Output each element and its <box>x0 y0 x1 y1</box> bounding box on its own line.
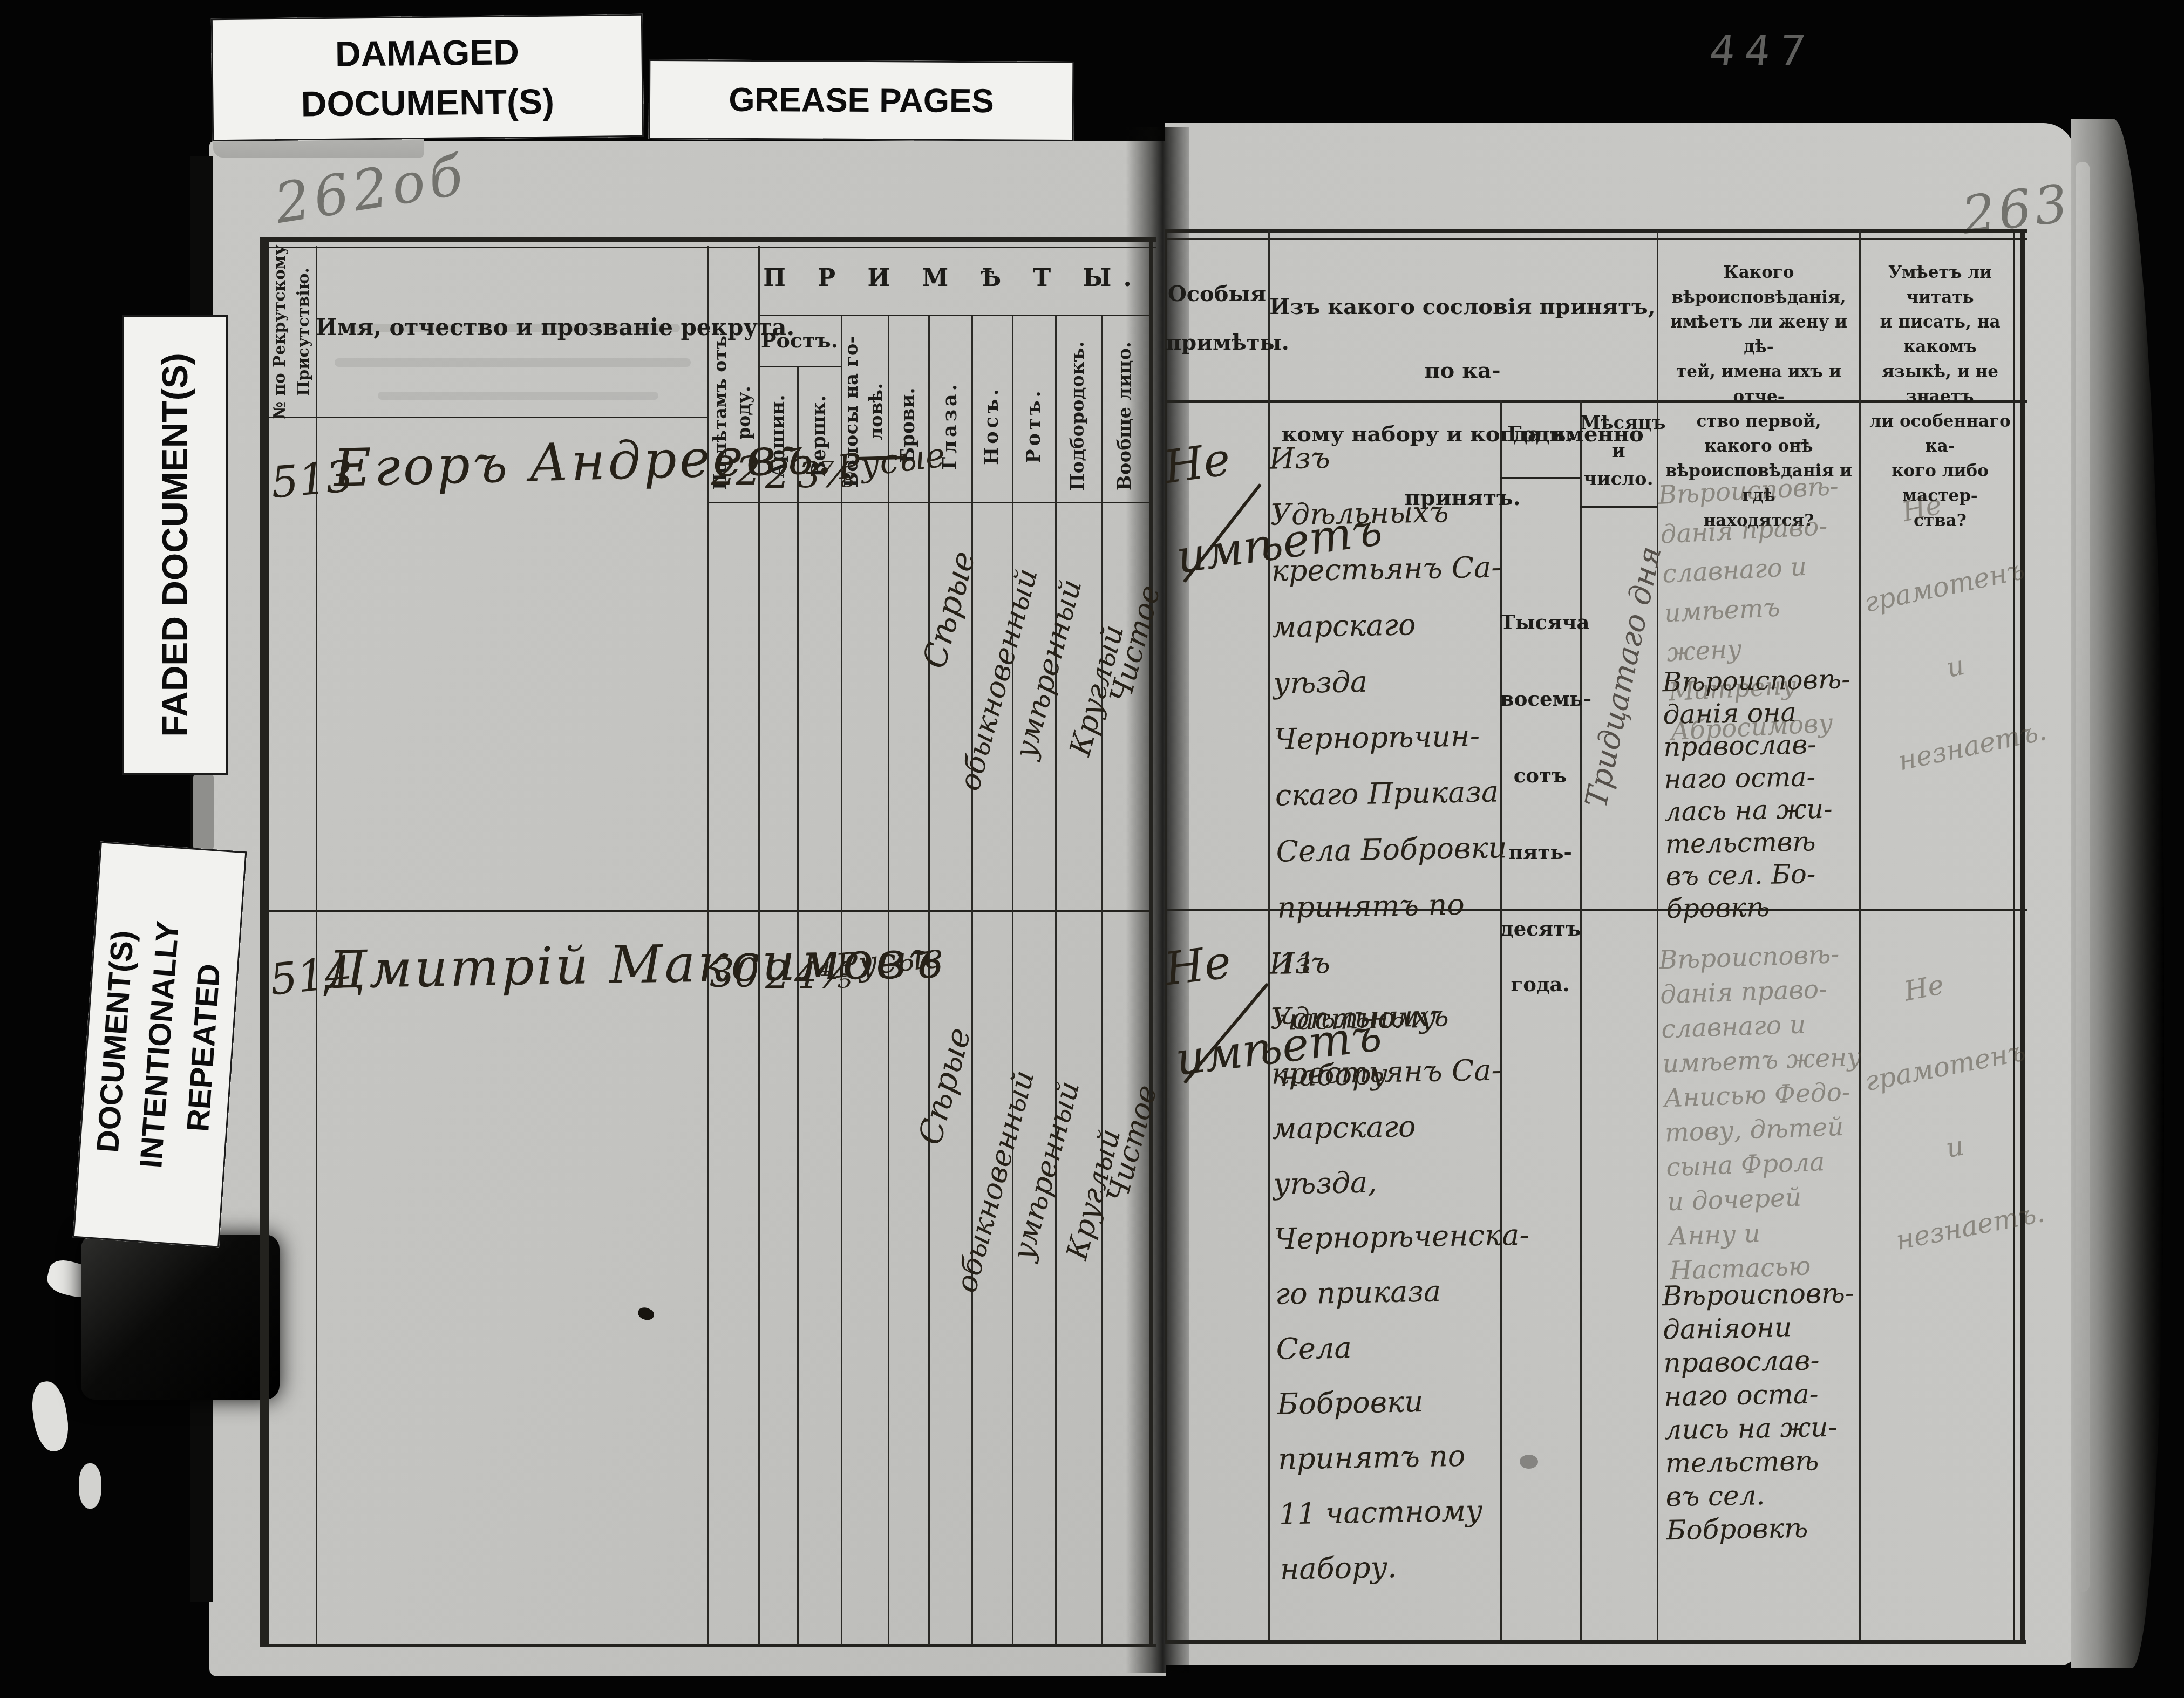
row-514-soslovie: Изъ Удѣльныхъ крестьянъ Са- марскаго уѣз… <box>1269 932 1512 1597</box>
header-recruit-name: Имя, отчество и прозваніе рекрута. <box>316 314 707 340</box>
label-damaged-documents: DAMAGED DOCUMENT(S) <box>211 14 644 141</box>
header-rost: Ростъ. <box>758 328 841 352</box>
col-line <box>1101 316 1103 1645</box>
header-recruit-number: № по Рекрутскому Присутствію. <box>268 240 316 424</box>
microfilm-frame: DAMAGED DOCUMENT(S) GREASE PAGES FADED D… <box>0 0 2184 1698</box>
left-table-top-inner <box>264 247 1156 248</box>
label-faded-documents: FADED DOCUMENT(S) <box>122 315 228 775</box>
col-line <box>1055 316 1057 1645</box>
white-blob-3 <box>79 1463 101 1509</box>
header-chin: Подбородокъ. <box>1067 327 1088 505</box>
row-513-arshin: 2 <box>765 452 790 497</box>
row-513-religion-dark: Вѣроисповѣ- данія она православ- наго ос… <box>1662 663 1861 925</box>
bleedthrough <box>378 392 658 400</box>
label-documents-intentionally-repeated: DOCUMENT(S) INTENTIONALLY REPEATED <box>73 841 247 1247</box>
primety-underline <box>758 315 1151 316</box>
row-514-arshin: 2 <box>765 953 790 998</box>
white-blob-2 <box>28 1379 72 1454</box>
right-table-bottom-border <box>1165 1640 2026 1644</box>
header-nose: Носъ. <box>981 356 1003 496</box>
torn-paper-bit <box>193 772 214 853</box>
header-month-day: Мѣсяцъ и число. <box>1580 409 1657 493</box>
left-table-right-border <box>1149 237 1153 1647</box>
col-line <box>1580 400 1582 1640</box>
row-513-year-printed-bottom: года. <box>1500 972 1580 996</box>
row-513-age: 22 <box>711 449 761 494</box>
right-table-top-inner <box>1166 238 2027 240</box>
header-special-marks: Особыя примѣты. <box>1166 270 1268 367</box>
header-face: Вообще лицо. <box>1114 327 1135 505</box>
book-edge-highlight <box>2076 162 2090 1592</box>
label-grease-pages: GREASE PAGES <box>649 59 1074 141</box>
header-mouth: Ротъ. <box>1023 356 1045 496</box>
col-line <box>971 316 973 1645</box>
row-514-religion-dark: Вѣроисповѣ- даніяони православ- наго ост… <box>1662 1276 1872 1547</box>
header-year: Годъ. <box>1500 422 1580 447</box>
ink-speck <box>1520 1455 1538 1469</box>
col-line <box>1012 316 1013 1645</box>
row-513-year-printed-top: Тысяча восемь- сотъ пять- десятъ <box>1500 584 1580 967</box>
col-line <box>797 367 799 1645</box>
header-primety: П Р И М Ѣ Т Ы. <box>758 264 1148 292</box>
left-table-top-border <box>264 237 1156 242</box>
bleedthrough <box>335 358 691 367</box>
right-table-top-border <box>1166 229 2027 233</box>
left-table-left-border <box>260 237 269 1647</box>
col-line <box>1657 230 1658 1640</box>
name-header-underline <box>264 417 708 418</box>
row-514-age: 30 <box>710 951 759 996</box>
film-clamp <box>81 1235 280 1400</box>
right-table-right-border <box>2020 229 2025 1644</box>
film-frame-counter: 447 <box>1707 27 1817 76</box>
row-514-religion-faint: Вѣроисповѣ- данія право- славнаго и имѣе… <box>1658 937 1870 1289</box>
